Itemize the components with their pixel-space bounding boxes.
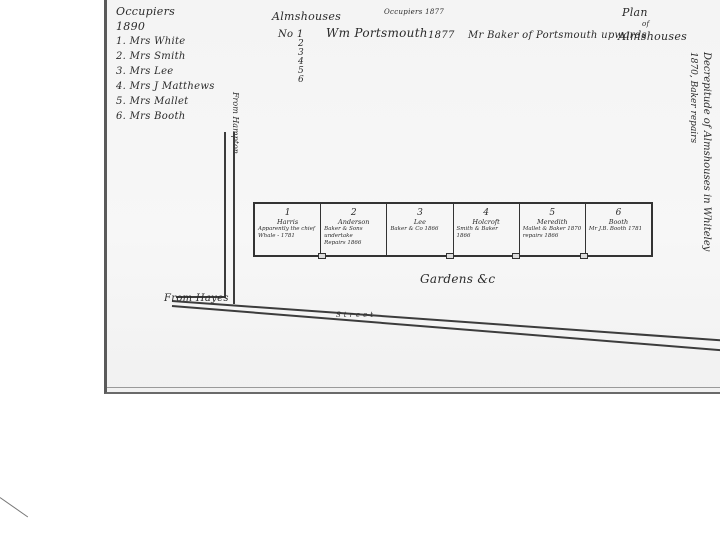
cell-note: 1866 [457, 233, 516, 240]
title-plan: Plan [622, 6, 648, 19]
cell-note: Mr J.B. Booth 1781 [589, 226, 648, 233]
occupier-entry: 1. Mrs White [116, 34, 215, 49]
street-label: Street [336, 311, 376, 319]
occupier-entry: 5. Mrs Mallet [116, 94, 215, 109]
cell-name: Holcroft [457, 218, 516, 226]
occupiers-1877-label: Occupiers 1877 [384, 8, 444, 16]
title-of: of [642, 20, 649, 28]
house-numbers: 2 3 4 5 6 [298, 40, 304, 85]
occupier-entry: 4. Mrs J Matthews [116, 79, 215, 94]
stray-mark [0, 497, 28, 517]
cell-number: 5 [523, 208, 582, 218]
occupiers-list: Occupiers 1890 1. Mrs White 2. Mrs Smith… [116, 4, 215, 124]
door-marker [580, 253, 588, 259]
cell-note: Mallet & Baker 1870 [523, 226, 582, 233]
almshouse-cell-3: 3 Lee Baker & Co 1866 [387, 204, 453, 255]
cell-name: Booth [589, 218, 648, 226]
door-marker [318, 253, 326, 259]
top-note-year: 1877 [428, 30, 455, 41]
cell-note: Apparently the chief [258, 226, 317, 233]
almshouse-cell-2: 2 Anderson Baker & Sons undertake Repair… [321, 204, 387, 255]
almshouses-heading: Almshouses [272, 10, 341, 23]
occupiers-heading: Occupiers [116, 4, 215, 19]
almshouse-cell-1: 1 Harris Apparently the chief Whale - 17… [255, 204, 321, 255]
occupier-entry: 2. Mrs Smith [116, 49, 215, 64]
almshouse-cell-4: 4 Holcroft Smith & Baker 1866 [454, 204, 520, 255]
occupier-entry: 3. Mrs Lee [116, 64, 215, 79]
right-margin-note-1: Decrepitude of Almshouses in Whiteley [701, 52, 712, 251]
cell-number: 2 [324, 208, 383, 218]
cell-name: Lee [390, 218, 449, 226]
cell-name: Anderson [324, 218, 383, 226]
almshouse-row: 1 Harris Apparently the chief Whale - 17… [253, 202, 653, 257]
lane-left-edge [224, 132, 226, 298]
house-number: 6 [298, 76, 304, 85]
door-marker [512, 253, 520, 259]
cell-number: 1 [258, 208, 317, 218]
lane-right-edge [233, 132, 235, 304]
almshouse-cell-5: 5 Meredith Mallet & Baker 1870 repairs 1… [520, 204, 586, 255]
gardens-label: Gardens &c [420, 272, 495, 286]
cell-number: 3 [390, 208, 449, 218]
cell-name: Harris [258, 218, 317, 226]
cell-name: Meredith [523, 218, 582, 226]
cell-note: Baker & Co 1866 [390, 226, 449, 233]
top-note-name: Wm Portsmouth [326, 26, 428, 40]
cell-note: Repairs 1866 [324, 240, 383, 247]
cell-note: repairs 1866 [523, 233, 582, 240]
cell-note: Baker & Sons undertake [324, 226, 383, 240]
cell-note: Smith & Baker [457, 226, 516, 233]
cell-note: Whale - 1781 [258, 233, 317, 240]
occupiers-year: 1890 [116, 19, 215, 34]
door-marker [446, 253, 454, 259]
cell-number: 6 [589, 208, 648, 218]
title-almshouses: Almshouses [618, 30, 687, 43]
almshouse-cell-6: 6 Booth Mr J.B. Booth 1781 [586, 204, 651, 255]
right-margin-note-2: 1870, Baker repairs [688, 52, 698, 143]
cell-number: 4 [457, 208, 516, 218]
occupier-entry: 6. Mrs Booth [116, 109, 215, 124]
from-hayes-label: From Hayes [164, 293, 229, 304]
